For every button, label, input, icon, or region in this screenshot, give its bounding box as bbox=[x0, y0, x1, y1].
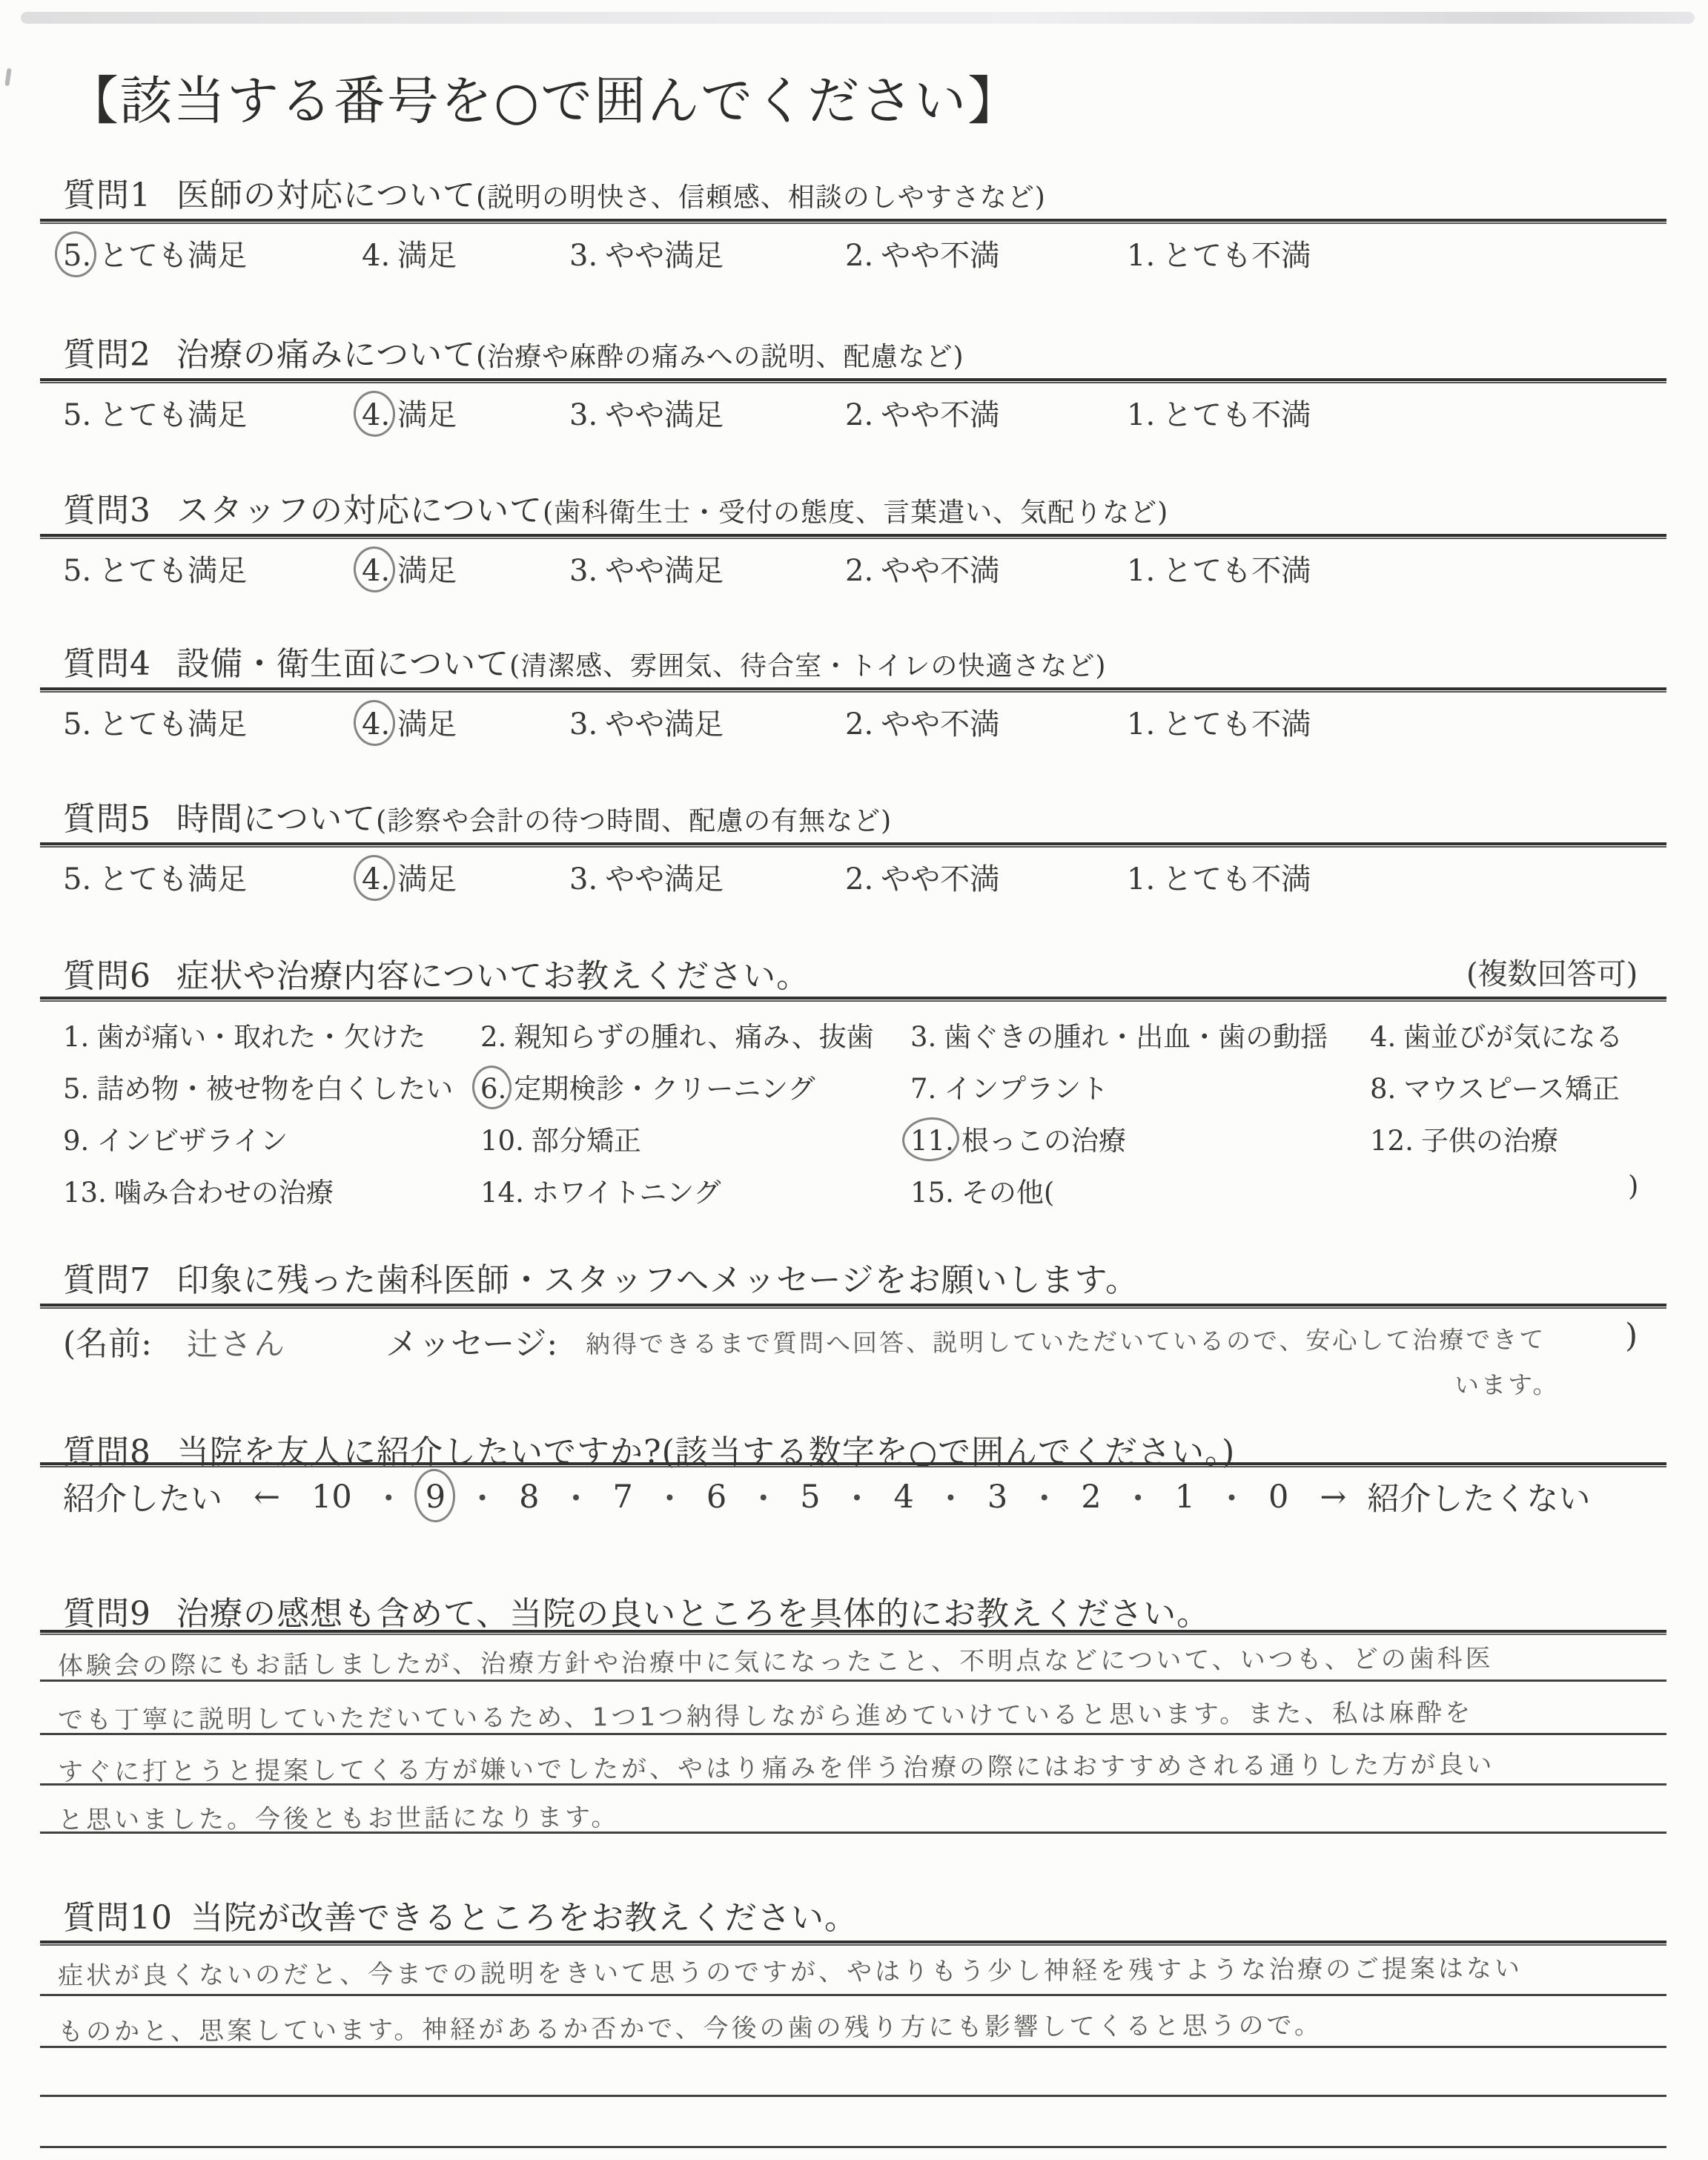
option-number[interactable]: 2. bbox=[845, 239, 873, 273]
symptom-option-5: 5.詰め物・被せ物を白くしたい bbox=[63, 1066, 453, 1106]
answer-handwriting-line: と思いました。今後ともお世話になります。 bbox=[58, 1797, 620, 1836]
question-topic: スタッフの対応について bbox=[176, 492, 543, 529]
option-number[interactable]: 3. bbox=[569, 554, 598, 588]
option-number[interactable]: 2. bbox=[845, 398, 873, 432]
question-1-heading: 質問1医師の対応について(説明の明快さ、信頼感、相談のしやすさなど) bbox=[63, 168, 1046, 216]
question-6-heading: 質問6症状や治療内容についてお教えください。 bbox=[63, 949, 810, 997]
option-number[interactable]: 3. bbox=[569, 239, 598, 273]
option-label: とても不満 bbox=[1162, 862, 1311, 896]
option-number[interactable]: 5. bbox=[63, 554, 91, 588]
question-topic: 設備・衛生面について bbox=[176, 645, 509, 683]
question-label: 質問4 bbox=[63, 645, 151, 683]
question-detail: (清潔感、雰囲気、待合室・トイレの快適さなど) bbox=[509, 651, 1106, 681]
option-label: やや満足 bbox=[605, 239, 724, 273]
option-number[interactable]: 4. bbox=[362, 398, 390, 432]
option-number[interactable]: 5. bbox=[63, 1073, 89, 1105]
answer-handwriting-line: ものかと、思案しています。神経があるか否かで、今後の歯の残り方にも影響してくると… bbox=[58, 2005, 1323, 2048]
scanner-artifact-band bbox=[21, 12, 1695, 24]
option-label: 満足 bbox=[397, 554, 457, 588]
question-detail: (治療や麻酔の痛みへの説明、配慮など) bbox=[476, 342, 964, 372]
option-label: 親知らずの腫れ、痛み、抜歯 bbox=[514, 1021, 873, 1053]
option-satisfied: 4.満足 bbox=[362, 392, 457, 434]
message-handwritten-value-line2: います。 bbox=[1454, 1366, 1560, 1401]
option-number[interactable]: 1. bbox=[1127, 554, 1155, 588]
scanner-artifact-mark bbox=[4, 68, 11, 87]
option-label: インビザライン bbox=[96, 1125, 288, 1157]
heading-rule bbox=[40, 1462, 1666, 1467]
question-label: 質問9 bbox=[63, 1595, 151, 1633]
option-label: 満足 bbox=[397, 239, 457, 273]
option-number[interactable]: 10. bbox=[480, 1125, 524, 1157]
symptom-option-8: 8.マウスピース矯正 bbox=[1370, 1066, 1620, 1106]
answer-handwriting-line: 体験会の際にもお話しましたが、治療方針や治療中に気になったこと、不明点などについ… bbox=[58, 1638, 1494, 1682]
scale-number-8[interactable]: 8 bbox=[519, 1479, 539, 1516]
option-label: やや不満 bbox=[881, 862, 999, 896]
option-satisfied: 4.満足 bbox=[362, 701, 457, 743]
option-satisfied: 4.満足 bbox=[362, 547, 457, 589]
scale-dot: ・ bbox=[654, 1474, 686, 1519]
option-very-dissatisfied: 1.とても不満 bbox=[1127, 856, 1311, 898]
option-number[interactable]: 13. bbox=[63, 1177, 107, 1209]
question-label: 質問5 bbox=[63, 800, 151, 838]
option-somewhat-dissatisfied: 2.やや不満 bbox=[845, 392, 999, 434]
symptom-option-7: 7.インプラント bbox=[910, 1066, 1108, 1106]
scale-left-label: 紹介したい bbox=[63, 1474, 222, 1519]
option-very-dissatisfied: 1.とても不満 bbox=[1127, 547, 1311, 589]
question-topic: 医師の対応について bbox=[176, 176, 476, 214]
question-detail: (歯科衛生士・受付の態度、言葉遣い、気配りなど) bbox=[543, 498, 1168, 528]
option-somewhat-dissatisfied: 2.やや不満 bbox=[845, 856, 999, 898]
option-label: 根っこの治療 bbox=[961, 1125, 1126, 1157]
ruled-line bbox=[40, 2146, 1666, 2148]
option-number[interactable]: 5. bbox=[63, 398, 91, 432]
option-very-dissatisfied: 1.とても不満 bbox=[1127, 232, 1311, 274]
option-number[interactable]: 1. bbox=[1127, 239, 1155, 273]
symptom-option-14: 14.ホワイトニング bbox=[480, 1170, 721, 1210]
scale-dot: ・ bbox=[747, 1474, 779, 1519]
question-topic: 時間について bbox=[176, 800, 376, 838]
option-very-satisfied: 5.とても満足 bbox=[63, 392, 247, 434]
option-somewhat-satisfied: 3.やや満足 bbox=[569, 392, 724, 434]
option-label: やや不満 bbox=[881, 239, 999, 273]
option-number[interactable]: 4. bbox=[362, 707, 390, 742]
option-label: 歯並びが気になる bbox=[1403, 1021, 1623, 1053]
symptom-option-11: 11.根っこの治療 bbox=[910, 1118, 1126, 1158]
heading-rule bbox=[40, 842, 1666, 848]
answer-handwriting-line: 症状が良くないのだと、今までの説明をきいて思うのですが、やはりもう少し神経を残す… bbox=[58, 1948, 1523, 1992]
heading-rule bbox=[40, 1941, 1666, 1946]
scale-dot: ・ bbox=[466, 1474, 498, 1519]
option-label: 定期検診・クリーニング bbox=[514, 1073, 815, 1105]
option-number[interactable]: 2. bbox=[845, 554, 873, 588]
question-label: 質問6 bbox=[63, 957, 151, 995]
heading-rule bbox=[40, 1304, 1666, 1309]
option-very-dissatisfied: 1.とても不満 bbox=[1127, 701, 1311, 743]
symptom-option-4: 4.歯並びが気になる bbox=[1370, 1014, 1623, 1054]
symptom-option-3: 3.歯ぐきの腫れ・出血・歯の動揺 bbox=[910, 1014, 1328, 1054]
option-label: やや不満 bbox=[881, 398, 999, 432]
option-somewhat-dissatisfied: 2.やや不満 bbox=[845, 547, 999, 589]
option-label: とても満足 bbox=[99, 239, 247, 273]
option-somewhat-satisfied: 3.やや満足 bbox=[569, 232, 724, 274]
symptom-option-12: 12.子供の治療 bbox=[1370, 1118, 1558, 1158]
option-number[interactable]: 2. bbox=[845, 707, 873, 742]
option-number[interactable]: 3. bbox=[569, 398, 598, 432]
heading-rule bbox=[40, 687, 1666, 693]
option-label: インプラント bbox=[944, 1073, 1108, 1105]
option-very-satisfied: 5.とても満足 bbox=[63, 547, 247, 589]
option-number[interactable]: 12. bbox=[1370, 1125, 1414, 1157]
option-number[interactable]: 5. bbox=[63, 239, 91, 273]
option-number[interactable]: 4. bbox=[362, 862, 390, 896]
scale-number-7[interactable]: 7 bbox=[612, 1479, 632, 1516]
option-number[interactable]: 2. bbox=[845, 862, 873, 896]
ruled-line bbox=[40, 1680, 1666, 1682]
option-number[interactable]: 4. bbox=[362, 554, 390, 588]
question-detail: (診察や会計の待つ時間、配慮の有無など) bbox=[376, 806, 892, 836]
ruled-line bbox=[40, 2095, 1666, 2097]
symptom-option-9: 9.インビザライン bbox=[63, 1118, 288, 1158]
option-label: 歯が痛い・取れた・欠けた bbox=[96, 1021, 426, 1053]
option-label: 満足 bbox=[397, 398, 457, 432]
question-label: 質問7 bbox=[63, 1261, 151, 1299]
question-2-heading: 質問2治療の痛みについて(治療や麻酔の痛みへの説明、配慮など) bbox=[63, 328, 964, 375]
option-label: とても満足 bbox=[99, 862, 247, 896]
option-somewhat-dissatisfied: 2.やや不満 bbox=[845, 232, 999, 274]
option-number[interactable]: 1. bbox=[1127, 398, 1155, 432]
scale-number-3[interactable]: 3 bbox=[987, 1479, 1007, 1516]
ruled-line bbox=[40, 2046, 1666, 2048]
scale-dot: ・ bbox=[841, 1474, 873, 1519]
option-label: やや満足 bbox=[605, 398, 724, 432]
name-handwritten-value: 辻さん bbox=[187, 1320, 287, 1365]
scale-number-9[interactable]: 9 bbox=[426, 1479, 446, 1516]
heading-rule bbox=[40, 997, 1666, 1002]
option-label: 子供の治療 bbox=[1421, 1125, 1558, 1157]
question-detail: (説明の明快さ、信頼感、相談のしやすさなど) bbox=[476, 182, 1046, 213]
question-topic: 治療の痛みについて bbox=[176, 336, 476, 374]
option-number[interactable]: 1. bbox=[63, 1021, 89, 1053]
question-10-heading: 質問10当院が改善できるところをお教えください。 bbox=[63, 1891, 858, 1938]
option-label: やや満足 bbox=[605, 554, 724, 588]
answer-handwriting-line: すぐに打とうと提案してくる方が嫌いでしたが、やはり痛みを伴う治療の際にはおすすめ… bbox=[58, 1744, 1495, 1788]
option-number[interactable]: 5. bbox=[63, 862, 91, 896]
option-satisfied: 4.満足 bbox=[362, 232, 457, 274]
option-number[interactable]: 3. bbox=[910, 1021, 936, 1053]
option-label: やや満足 bbox=[605, 862, 724, 896]
question-topic: 治療の感想も含めて、当院の良いところを具体的にお教えください。 bbox=[176, 1595, 1210, 1633]
question-topic: 症状や治療内容についてお教えください。 bbox=[176, 957, 810, 995]
scale-dot: ・ bbox=[935, 1474, 967, 1519]
symptom-option-2: 2.親知らずの腫れ、痛み、抜歯 bbox=[480, 1014, 874, 1054]
scale-number-2[interactable]: 2 bbox=[1081, 1479, 1101, 1516]
option-number[interactable]: 1. bbox=[1127, 862, 1155, 896]
option-number[interactable]: 5. bbox=[63, 707, 91, 742]
option-label: やや満足 bbox=[605, 707, 724, 742]
option-label: とても不満 bbox=[1162, 554, 1311, 588]
page-title: 【該当する番号を○で囲んでください】 bbox=[67, 59, 1021, 134]
option-label: とても不満 bbox=[1162, 707, 1311, 742]
option-number[interactable]: 6. bbox=[480, 1073, 506, 1105]
option-number[interactable]: 4. bbox=[1370, 1021, 1396, 1053]
question-label: 質問3 bbox=[63, 492, 151, 529]
option-label: やや不満 bbox=[881, 707, 999, 742]
option-number[interactable]: 7. bbox=[910, 1073, 936, 1105]
option-label: 満足 bbox=[397, 862, 457, 896]
symptom-option-6: 6.定期検診・クリーニング bbox=[480, 1066, 815, 1106]
survey-scan-page: 【該当する番号を○で囲んでください】 質問1医師の対応について(説明の明快さ、信… bbox=[0, 0, 1708, 2160]
option-somewhat-satisfied: 3.やや満足 bbox=[569, 856, 724, 898]
ruled-line bbox=[40, 1832, 1666, 1834]
scale-number-0[interactable]: 0 bbox=[1268, 1479, 1288, 1516]
question-topic: 当院が改善できるところをお教えください。 bbox=[191, 1899, 858, 1937]
option-number[interactable]: 3. bbox=[569, 862, 598, 896]
ruled-line bbox=[40, 1783, 1666, 1786]
right-arrow-icon: → bbox=[1320, 1479, 1346, 1516]
option-number[interactable]: 4. bbox=[362, 239, 390, 273]
option-label: とても不満 bbox=[1162, 398, 1311, 432]
option-number[interactable]: 15. bbox=[910, 1177, 954, 1209]
question-label: 質問1 bbox=[63, 176, 151, 214]
symptom-option-10: 10.部分矯正 bbox=[480, 1118, 641, 1158]
option-label: やや不満 bbox=[881, 554, 999, 588]
option-label: 歯ぐきの腫れ・出血・歯の動揺 bbox=[944, 1021, 1328, 1053]
close-paren: ) bbox=[1625, 1317, 1638, 1355]
question-3-heading: 質問3スタッフの対応について(歯科衛生士・受付の態度、言葉遣い、気配りなど) bbox=[63, 483, 1168, 531]
symptom-option-15-other: 15.その他( bbox=[910, 1170, 1054, 1210]
name-field-label: (名前: bbox=[63, 1317, 152, 1364]
option-number[interactable]: 9. bbox=[63, 1125, 89, 1157]
multiple-answers-note: (複数回答可) bbox=[1466, 951, 1638, 993]
option-label: とても満足 bbox=[99, 398, 247, 432]
option-number[interactable]: 2. bbox=[480, 1021, 506, 1053]
option-somewhat-satisfied: 3.やや満足 bbox=[569, 547, 724, 589]
scale-dot: ・ bbox=[1028, 1474, 1060, 1519]
heading-rule bbox=[40, 219, 1666, 224]
question-7-heading: 質問7印象に残った歯科医師・スタッフへメッセージをお願いします。 bbox=[63, 1253, 1139, 1301]
ruled-line bbox=[40, 1994, 1666, 1996]
option-label: 噛み合わせの治療 bbox=[114, 1177, 334, 1209]
question-4-heading: 質問4設備・衛生面について(清潔感、雰囲気、待合室・トイレの快適さなど) bbox=[63, 637, 1106, 684]
scale-number-10[interactable]: 10 bbox=[311, 1479, 352, 1516]
symptom-option-13: 13.噛み合わせの治療 bbox=[63, 1170, 334, 1210]
scale-number-6[interactable]: 6 bbox=[706, 1479, 726, 1516]
option-very-dissatisfied: 1.とても不満 bbox=[1127, 392, 1311, 434]
option-label: 部分矯正 bbox=[532, 1125, 641, 1157]
heading-rule bbox=[40, 534, 1666, 539]
option-number[interactable]: 11. bbox=[910, 1125, 954, 1157]
question-5-heading: 質問5時間について(診察や会計の待つ時間、配慮の有無など) bbox=[63, 792, 892, 839]
nps-scale: 紹介したい ← 10 ・ 9 ・ 8 ・ 7 ・ 6 ・ 5 ・ 4 ・ 3 ・… bbox=[63, 1474, 1590, 1519]
heading-rule bbox=[40, 378, 1666, 383]
symptom-option-1: 1.歯が痛い・取れた・欠けた bbox=[63, 1014, 426, 1054]
option-label: 詰め物・被せ物を白くしたい bbox=[96, 1073, 453, 1105]
option-number[interactable]: 3. bbox=[569, 707, 598, 742]
message-handwritten-value: 納得できるまで質問へ回答、説明していただいているので、安心して治療できて bbox=[586, 1321, 1546, 1361]
option-somewhat-satisfied: 3.やや満足 bbox=[569, 701, 724, 743]
option-label: とても満足 bbox=[99, 554, 247, 588]
question-9-heading: 質問9治療の感想も含めて、当院の良いところを具体的にお教えください。 bbox=[63, 1587, 1210, 1634]
scale-dot: ・ bbox=[373, 1474, 405, 1519]
question-label: 質問10 bbox=[63, 1899, 173, 1937]
scale-dot: ・ bbox=[1216, 1474, 1248, 1519]
option-label: マウスピース矯正 bbox=[1403, 1073, 1620, 1105]
message-field-label: メッセージ: bbox=[385, 1317, 557, 1364]
option-label: とても不満 bbox=[1162, 239, 1311, 273]
option-somewhat-dissatisfied: 2.やや不満 bbox=[845, 701, 999, 743]
ruled-line bbox=[40, 1733, 1666, 1735]
scale-dot: ・ bbox=[560, 1474, 592, 1519]
option-label: ホワイトニング bbox=[532, 1177, 721, 1209]
heading-rule bbox=[40, 1630, 1666, 1635]
option-very-satisfied: 5.とても満足 bbox=[63, 232, 247, 274]
option-label: とても満足 bbox=[99, 707, 247, 742]
question-topic: 印象に残った歯科医師・スタッフへメッセージをお願いします。 bbox=[176, 1261, 1139, 1299]
option-number[interactable]: 8. bbox=[1370, 1073, 1396, 1105]
scale-number-4[interactable]: 4 bbox=[894, 1479, 914, 1516]
scale-right-label: 紹介したくない bbox=[1367, 1474, 1590, 1519]
option-label: 満足 bbox=[397, 707, 457, 742]
answer-handwriting-line: でも丁寧に説明していただいているため、1つ1つ納得しながら進めていけていると思い… bbox=[58, 1692, 1473, 1736]
option-number[interactable]: 14. bbox=[480, 1177, 524, 1209]
left-arrow-icon: ← bbox=[254, 1479, 280, 1516]
option-label: その他( bbox=[961, 1177, 1054, 1209]
option-very-satisfied: 5.とても満足 bbox=[63, 856, 247, 898]
scale-number-5[interactable]: 5 bbox=[800, 1479, 820, 1516]
option-satisfied: 4.満足 bbox=[362, 856, 457, 898]
option-number[interactable]: 1. bbox=[1127, 707, 1155, 742]
other-close-paren: ) bbox=[1628, 1170, 1638, 1202]
scale-dot: ・ bbox=[1122, 1474, 1154, 1519]
scale-number-1[interactable]: 1 bbox=[1175, 1479, 1195, 1516]
question-label: 質問2 bbox=[63, 336, 151, 374]
option-very-satisfied: 5.とても満足 bbox=[63, 701, 247, 743]
